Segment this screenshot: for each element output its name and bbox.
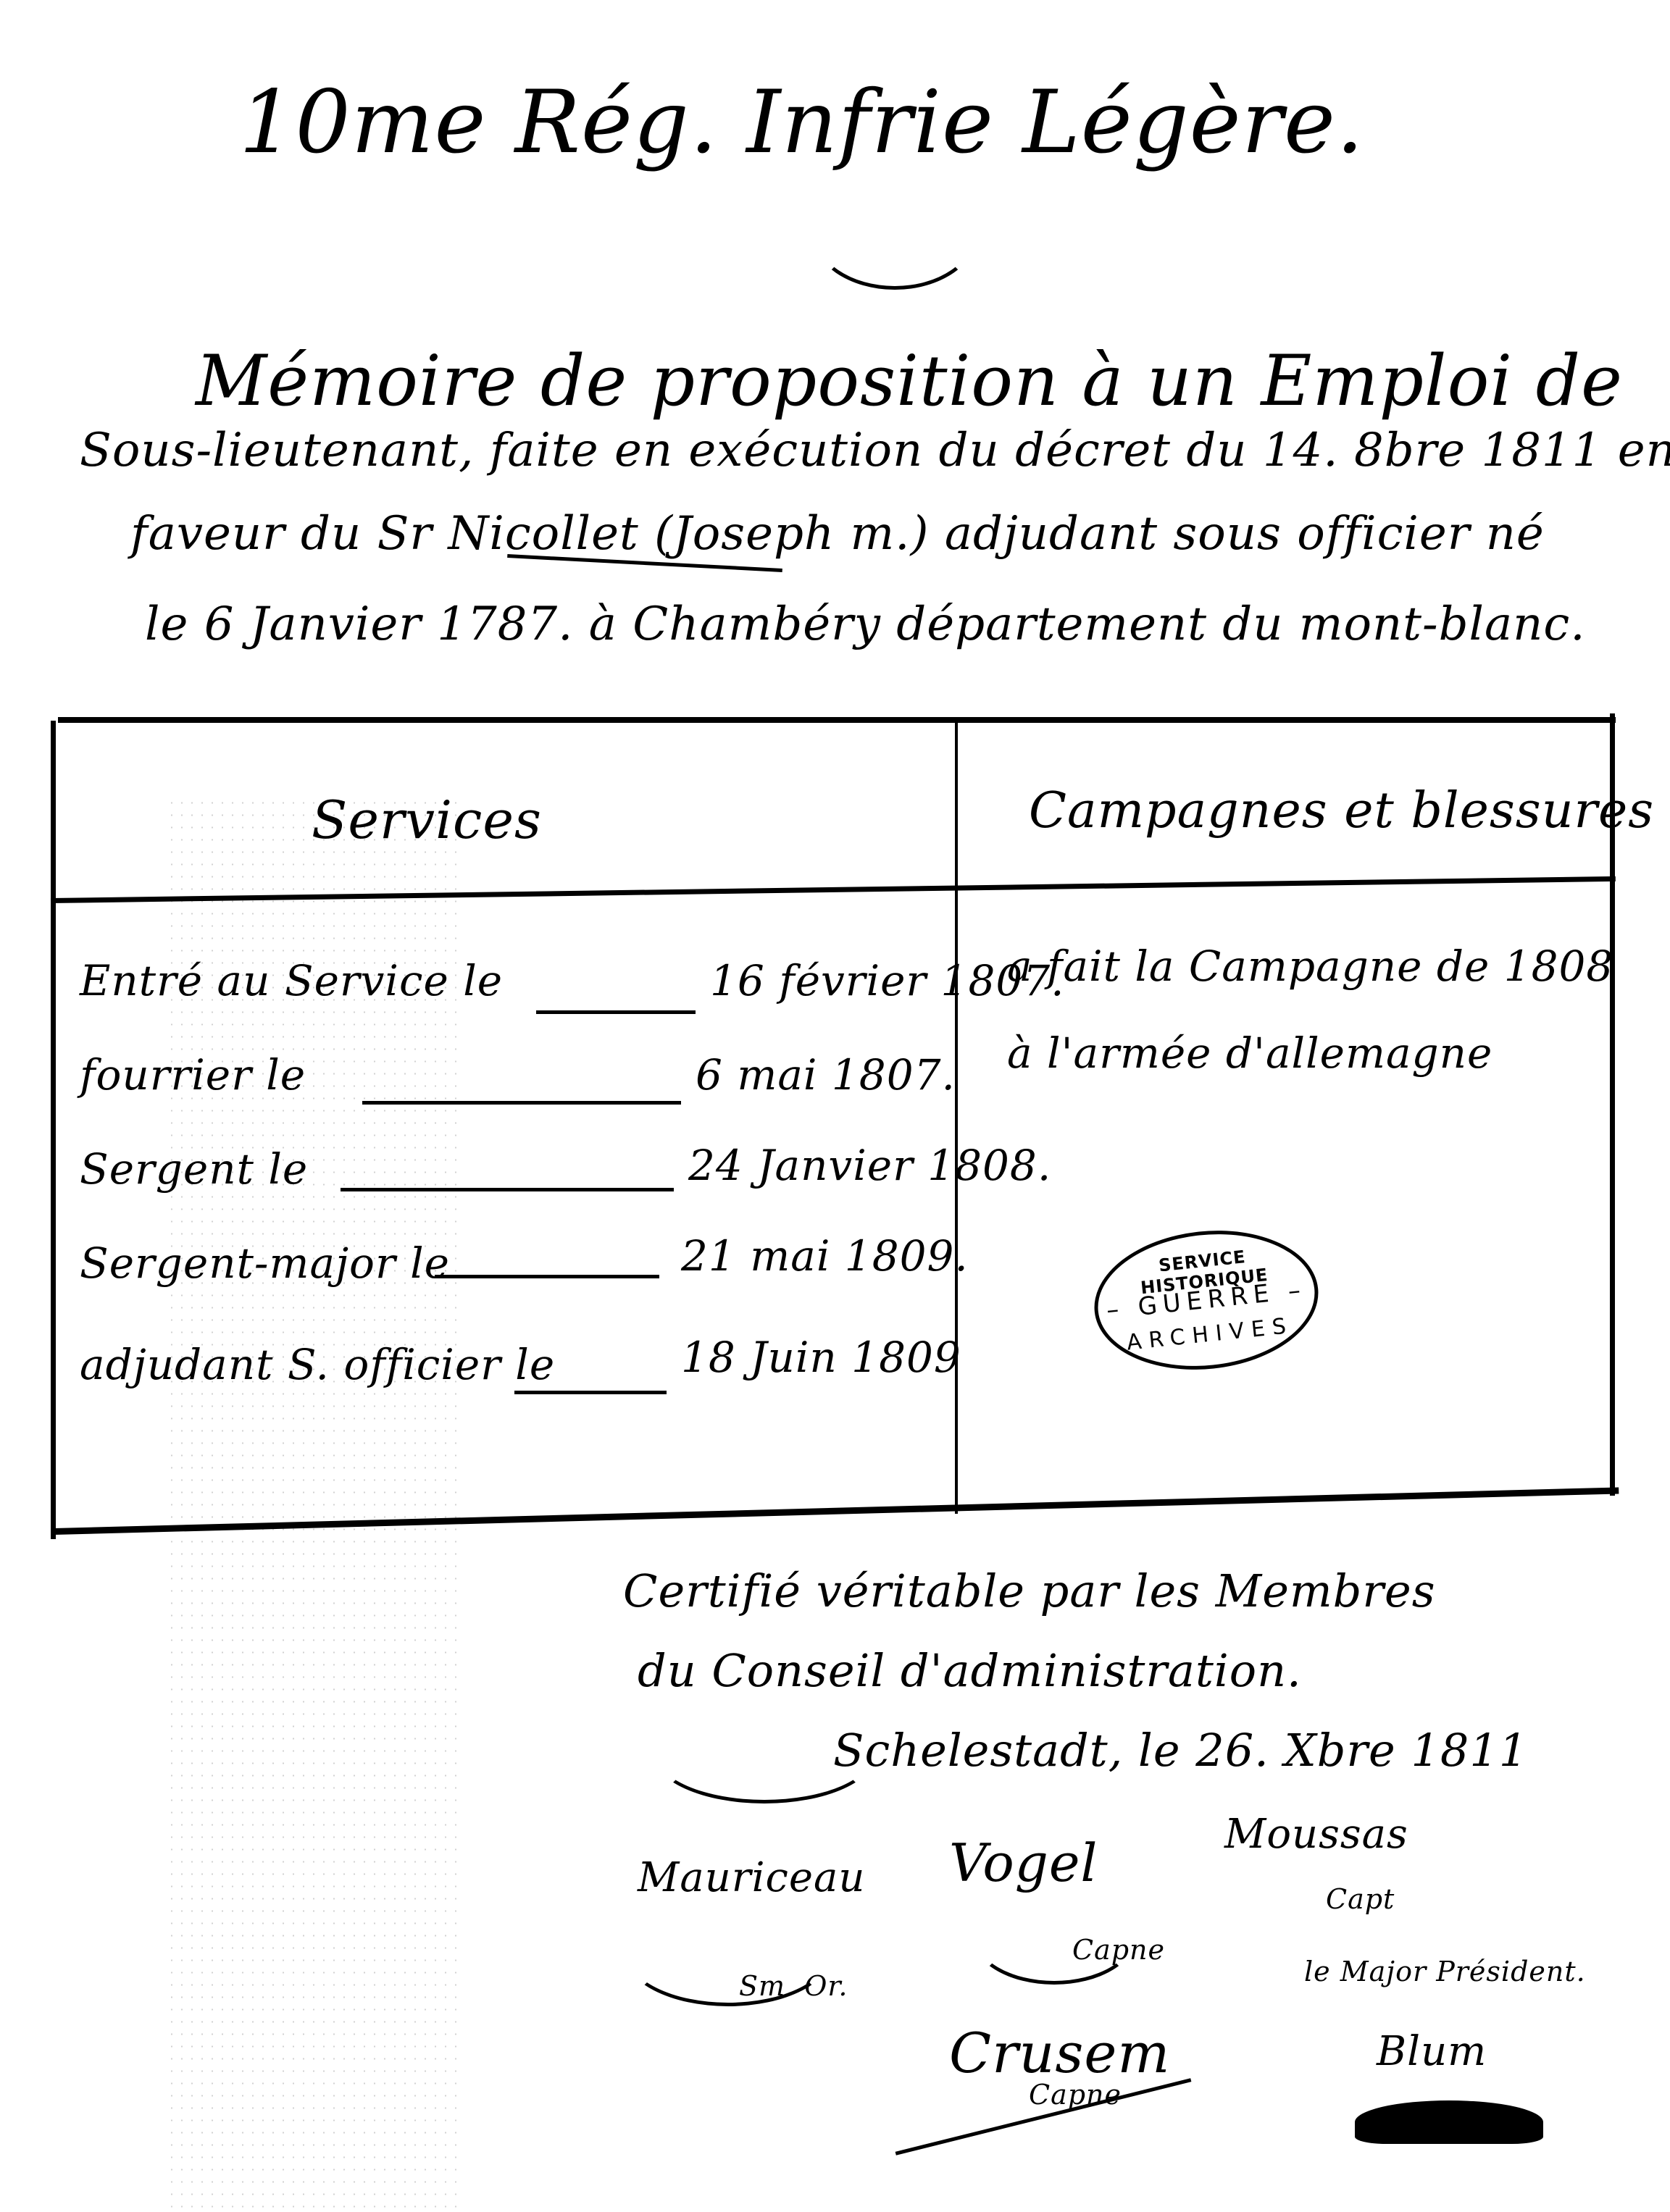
service-label: adjudant S. officier le <box>80 1340 555 1389</box>
header-campaigns: Campagnes et blessures <box>1029 782 1654 839</box>
table-left-border <box>51 721 56 1539</box>
signature-1-title: Sm. Or. <box>739 1970 848 2002</box>
header-services: Services <box>312 789 542 850</box>
title-line-4: le 6 Janvier 1787. à Chambéry départemen… <box>145 598 1586 651</box>
service-label: Entré au Service le <box>80 956 503 1005</box>
place-flourish <box>652 1702 877 1803</box>
certification-line-1: Certifié véritable par les Membres <box>623 1564 1436 1617</box>
scan-speckle-noise <box>167 797 456 2209</box>
regiment-heading: 10me Rég. Infrie Légère. <box>239 72 1364 173</box>
heading-flourish <box>811 174 978 290</box>
signature-3: Moussas <box>1224 1811 1408 1858</box>
service-leader-line <box>536 1010 696 1014</box>
table-top-border <box>58 717 1616 723</box>
signature-5-title: le Major Président. <box>1304 1956 1586 1987</box>
service-leader-line <box>435 1275 659 1278</box>
signature-5-ink-blot <box>1355 2100 1543 2144</box>
service-date: 21 mai 1809. <box>681 1231 969 1281</box>
service-label: Sergent-major le <box>80 1239 450 1288</box>
archive-stamp: SERVICE HISTORIQUE – GUERRE – ARCHIVES <box>1087 1220 1325 1380</box>
service-label: fourrier le <box>80 1050 306 1099</box>
signature-4: Crusem <box>949 2021 1170 2085</box>
service-leader-line <box>341 1188 674 1191</box>
service-date: 18 Juin 1809 <box>681 1333 961 1382</box>
title-line-2: Sous-lieutenant, faite en exécution du d… <box>80 424 1670 477</box>
signature-2-title: Capne <box>1072 1934 1165 1966</box>
campaign-line-2: à l'armée d'allemagne <box>1007 1029 1492 1078</box>
service-date: 24 Janvier 1808. <box>688 1141 1051 1190</box>
signature-4-title: Capne <box>1029 2079 1122 2111</box>
service-leader-line <box>362 1101 681 1105</box>
certification-place-date: Schelestadt, le 26. Xbre 1811 <box>833 1724 1528 1777</box>
table-column-divider <box>955 721 958 1514</box>
title-line-3: faveur du Sr Nicollet (Joseph m.) adjuda… <box>130 507 1545 561</box>
certification-line-2: du Conseil d'administration. <box>638 1644 1302 1697</box>
signature-3-title: Capt <box>1326 1883 1395 1915</box>
service-label: Sergent le <box>80 1144 308 1194</box>
service-leader-line <box>514 1391 667 1394</box>
campaign-line-1: a fait la Campagne de 1808 <box>1007 942 1613 991</box>
service-date: 6 mai 1807. <box>696 1050 956 1099</box>
signature-5: Blum <box>1377 2028 1487 2075</box>
signature-1: Mauriceau <box>638 1854 865 1901</box>
title-line-1: Mémoire de proposition à un Emploi de <box>196 340 1623 422</box>
